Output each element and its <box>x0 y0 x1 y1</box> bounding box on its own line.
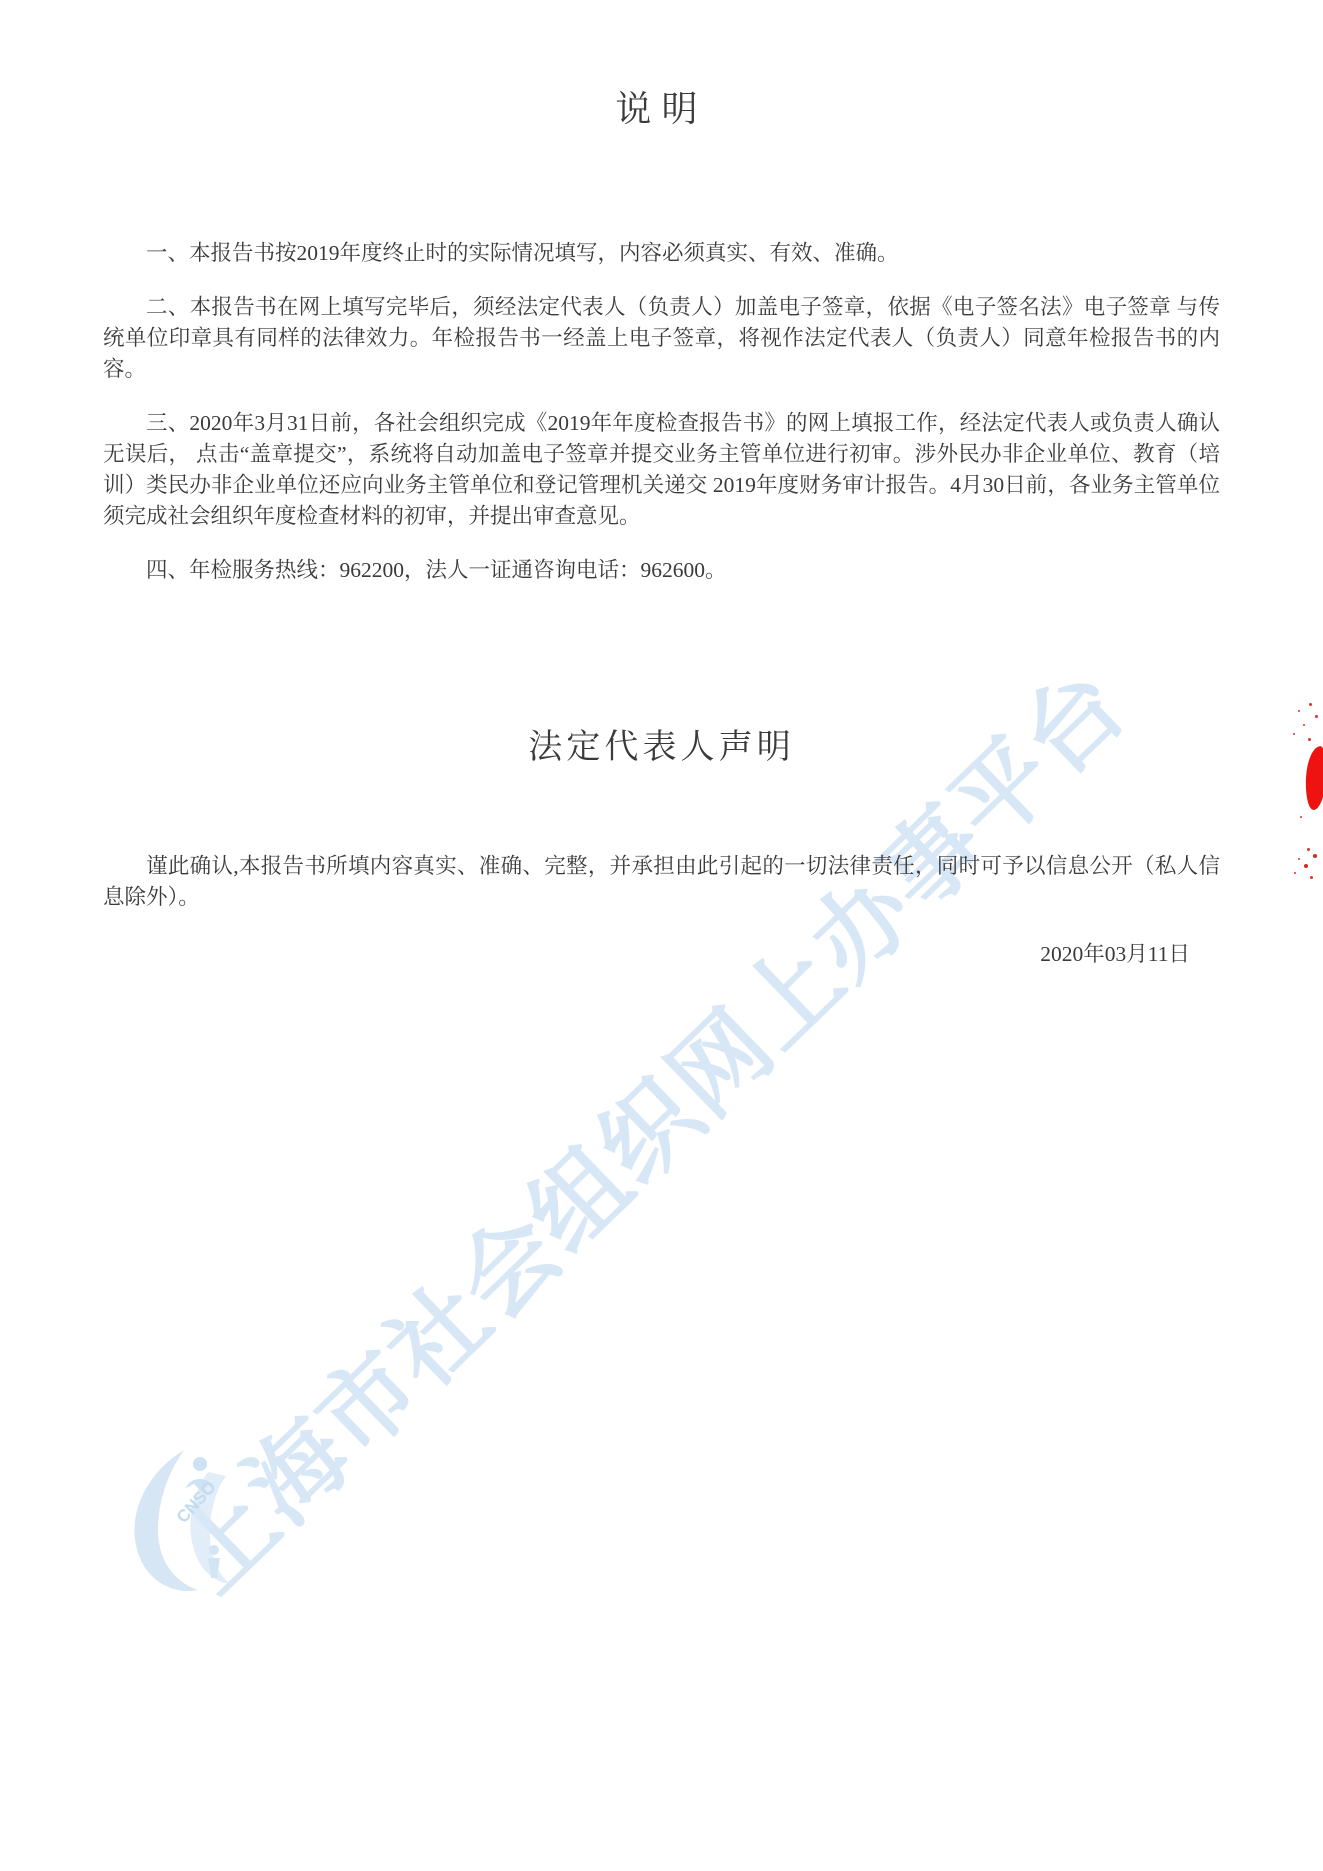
stamp-speck <box>1310 876 1313 879</box>
notice-paragraph-2: 二、本报告书在网上填写完毕后，须经法定代表人（负责人）加盖电子签章，依据《电子签… <box>103 292 1220 385</box>
declaration-body: 谨此确认,本报告书所填内容真实、准确、完整，并承担由此引起的一切法律责任，同时可… <box>103 851 1220 913</box>
notice-paragraph-3: 三、2020年3月31日前，各社会组织完成《2019年年度检查报告书》的网上填报… <box>103 408 1220 532</box>
stamp-speck <box>1315 715 1318 718</box>
notice-paragraph-1: 一、本报告书按2019年度终止时的实际情况填写，内容必须真实、有效、准确。 <box>103 238 1220 269</box>
document-page: 上海市社会组织网上办事平台 CNSO 说明 一、本报告书按2019年度终止时的实… <box>0 0 1323 1871</box>
stamp-speck <box>1304 864 1308 868</box>
stamp-speck <box>1303 724 1305 726</box>
stamp-speck <box>1300 816 1302 818</box>
notice-paragraph-4: 四、年检服务热线：962200，法人一证通咨询电话：962600。 <box>103 555 1220 586</box>
declaration-date: 2020年03月11日 <box>103 939 1190 970</box>
stamp-speck <box>1309 703 1312 706</box>
stamp-speck <box>1313 854 1317 858</box>
document-content: 说明 一、本报告书按2019年度终止时的实际情况填写，内容必须真实、有效、准确。… <box>0 0 1323 970</box>
notice-title: 说明 <box>103 88 1220 130</box>
stamp-speck <box>1298 710 1300 712</box>
stamp-speck <box>1298 858 1300 860</box>
stamp-speck <box>1307 848 1310 851</box>
cnso-logo-icon: CNSO <box>122 1432 272 1597</box>
stamp-speck <box>1308 738 1311 741</box>
stamp-speck <box>1293 733 1295 735</box>
declaration-title: 法定代表人声明 <box>103 728 1220 768</box>
stamp-speck <box>1294 872 1296 874</box>
